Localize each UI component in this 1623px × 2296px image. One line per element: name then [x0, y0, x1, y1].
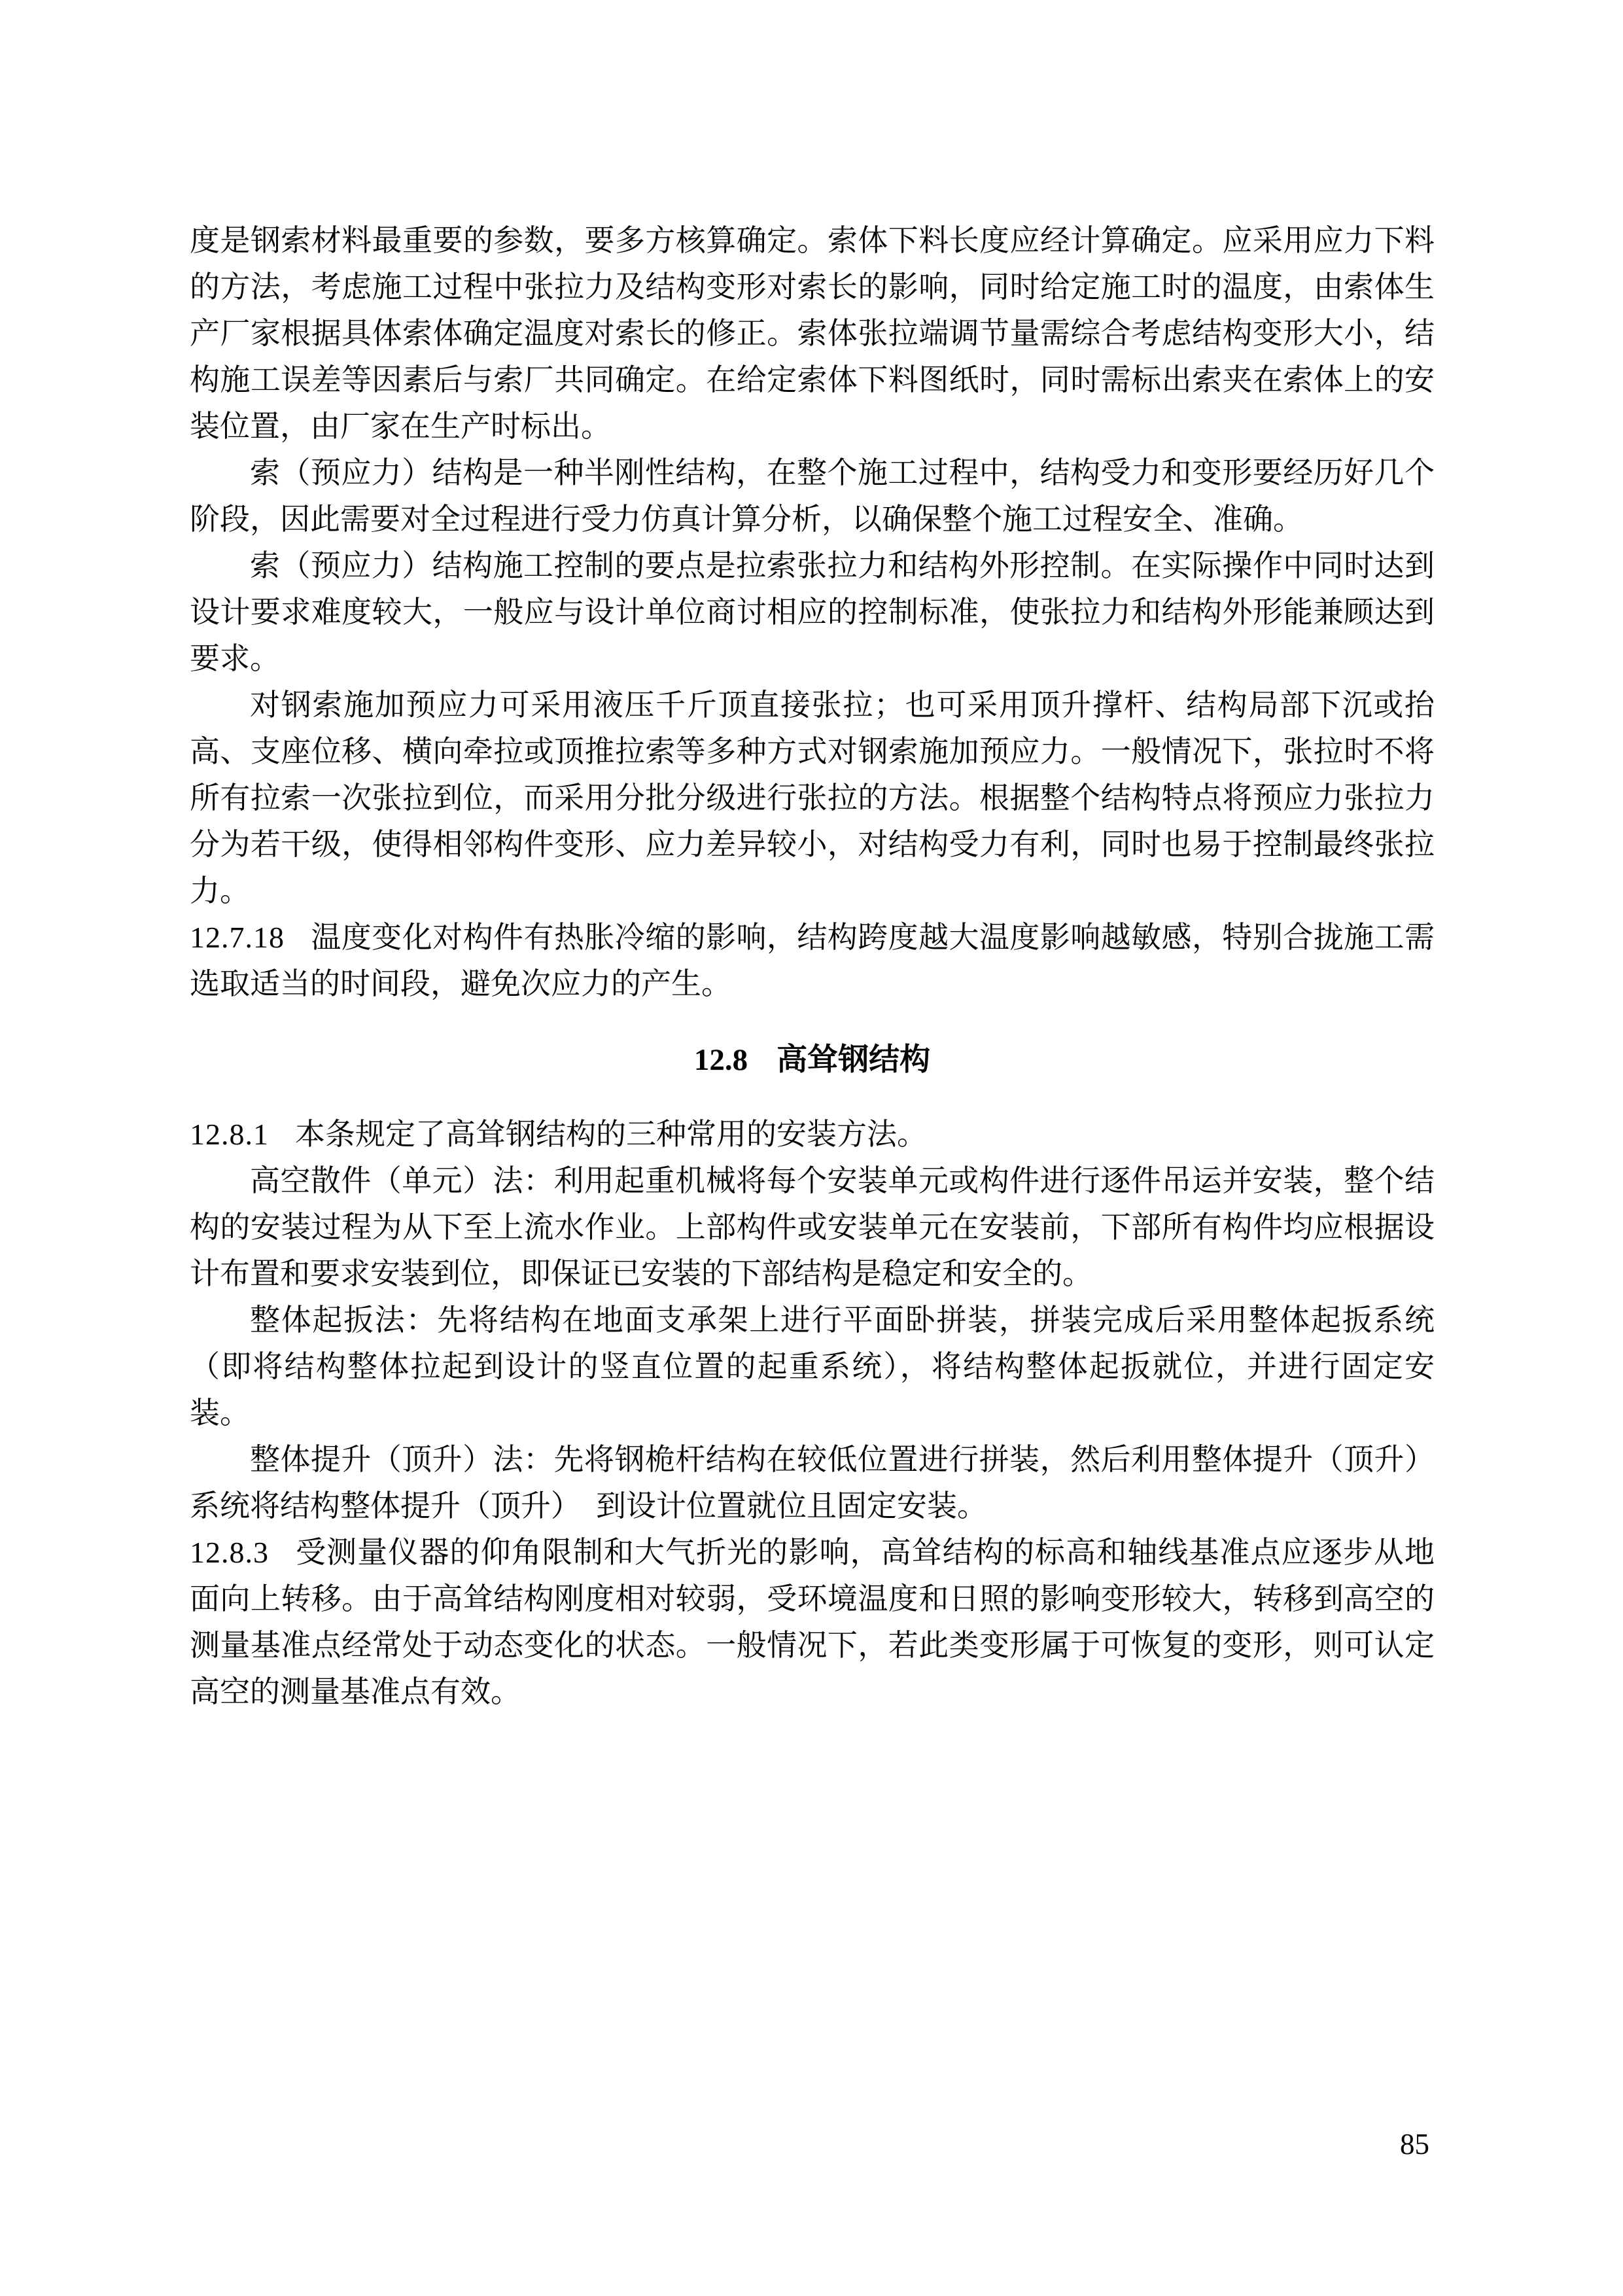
clause-text: 温度变化对构件有热胀冷缩的影响，结构跨度越大温度影响越敏感，特别合拢施工需选取适… — [190, 921, 1435, 1000]
paragraph: 对钢索施加预应力可采用液压千斤顶直接张拉；也可采用顶升撑杆、结构局部下沉或抬高、… — [190, 682, 1435, 914]
clause-text: 本条规定了高耸钢结构的三种常用的安装方法。 — [295, 1118, 927, 1151]
section-heading: 12.8高耸钢结构 — [190, 1037, 1435, 1084]
clause-12-8-3: 12.8.3受测量仪器的仰角限制和大气折光的影响，高耸结构的标高和轴线基准点应逐… — [190, 1529, 1435, 1715]
paragraph-continuation: 度是钢索材料最重要的参数，要多方核算确定。索体下料长度应经计算确定。应采用应力下… — [190, 217, 1435, 450]
page-number: 85 — [1400, 2128, 1429, 2161]
clause-12-8-1: 12.8.1本条规定了高耸钢结构的三种常用的安装方法。 — [190, 1111, 1435, 1157]
clause-number: 12.8.3 — [190, 1536, 269, 1569]
clause-number: 12.8.1 — [190, 1118, 269, 1151]
section-title: 高耸钢结构 — [777, 1043, 930, 1077]
clause-12-7-18: 12.7.18温度变化对构件有热胀冷缩的影响，结构跨度越大温度影响越敏感，特别合… — [190, 914, 1435, 1007]
section-number: 12.8 — [694, 1043, 748, 1077]
paragraph: 索（预应力）结构是一种半刚性结构，在整个施工过程中，结构受力和变形要经历好几个阶… — [190, 450, 1435, 542]
paragraph: 整体起扳法：先将结构在地面支承架上进行平面卧拼装，拼装完成后采用整体起扳系统（即… — [190, 1297, 1435, 1436]
document-body: 度是钢索材料最重要的参数，要多方核算确定。索体下料长度应经计算确定。应采用应力下… — [190, 217, 1435, 1715]
clause-number: 12.7.18 — [190, 921, 285, 954]
document-page: 度是钢索材料最重要的参数，要多方核算确定。索体下料长度应经计算确定。应采用应力下… — [0, 0, 1623, 2296]
paragraph: 索（预应力）结构施工控制的要点是拉索张拉力和结构外形控制。在实际操作中同时达到设… — [190, 542, 1435, 682]
clause-text: 受测量仪器的仰角限制和大气折光的影响，高耸结构的标高和轴线基准点应逐步从地面向上… — [190, 1536, 1435, 1708]
paragraph: 整体提升（顶升）法：先将钢桅杆结构在较低位置进行拼装，然后利用整体提升（顶升）系… — [190, 1436, 1435, 1529]
paragraph: 高空散件（单元）法：利用起重机械将每个安装单元或构件进行逐件吊运并安装，整个结构… — [190, 1157, 1435, 1297]
